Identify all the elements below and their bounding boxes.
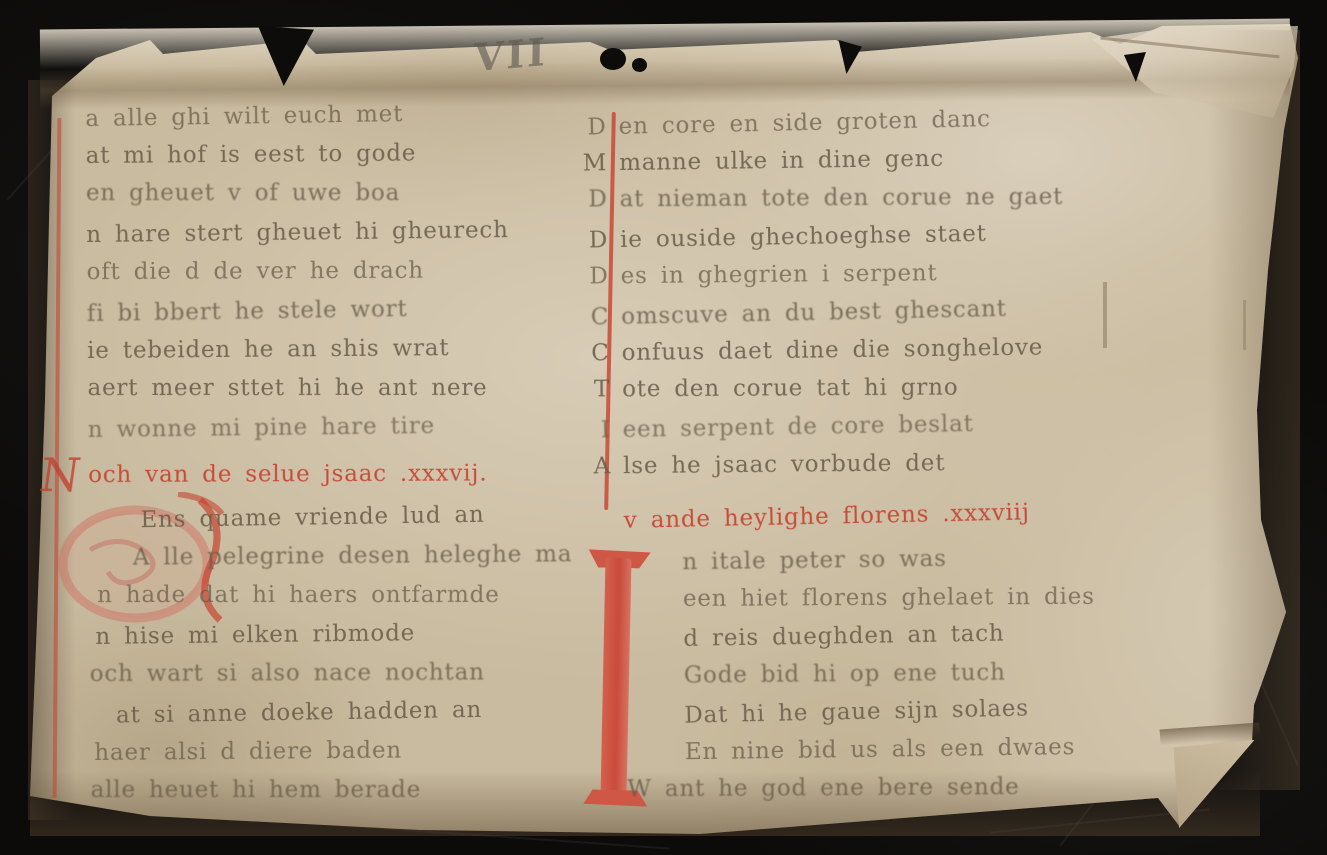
rubric-margin-initial: N	[36, 448, 84, 502]
line-text: En nine bid us als een dwaes	[685, 728, 1076, 771]
manuscript-line: n hise mi elken ribmode	[89, 612, 601, 657]
manuscript-line: n hade dat hi haers ontfarmde	[89, 576, 601, 615]
photo-backdrop: VII N I a alle ghi wilt euch metat mi ho…	[0, 0, 1327, 855]
line-text: n itale peter so was	[682, 540, 947, 581]
manuscript-line: n wonne mi pine hare tire	[88, 405, 600, 450]
line-text: at si anne doeke hadden an	[116, 691, 483, 736]
manuscript-line: Mmanne ulke in dine genc	[581, 137, 1121, 182]
manuscript-line: n hare stert gheuet hi gheurech	[86, 210, 598, 255]
line-text: och wart si also nace nochtan	[90, 653, 485, 694]
rubric-line: och van de selue jsaac .xxxvij.	[88, 454, 600, 495]
line-text: n wonne mi pine hare tire	[88, 407, 436, 450]
manuscript-line: ie tebeiden he an shis wrat	[87, 328, 599, 371]
line-text: n hare stert gheuet hi gheurech	[86, 211, 509, 255]
line-initial: C	[583, 334, 609, 372]
line-text: v ande heylighe florens .xxxviij	[623, 493, 1030, 539]
line-text: W ant he god ene bere sende	[627, 768, 1019, 808]
manuscript-line: Tote den corue tat hi grno	[584, 368, 1124, 409]
line-text: oft die d de ver he drach	[86, 252, 424, 292]
manuscript-line: W ant he god ene bere sende	[589, 768, 1129, 809]
line-text: at mi hof is eest to gode	[86, 134, 417, 176]
line-text: Gode bid hi op ene tuch	[684, 654, 1006, 695]
manuscript-line: oft die d de ver he drach	[86, 251, 598, 292]
line-text: onfuus daet dine die songhelove	[621, 329, 1043, 373]
line-initial: D	[582, 257, 608, 295]
text-column-left: a alle ghi wilt euch metat mi hof is ees…	[85, 94, 603, 812]
line-text: es in ghegrien i serpent	[620, 254, 937, 295]
line-text: een hiet florens ghelaet in dies	[683, 578, 1095, 618]
line-initial: A	[585, 447, 611, 485]
manuscript-line: En nine bid us als een dwaes	[589, 727, 1129, 772]
line-initial: T	[584, 370, 610, 408]
manuscript-line: een hiet florens ghelaet in dies	[587, 578, 1127, 619]
manuscript-line: och wart si also nace nochtan	[90, 653, 602, 694]
line-initial	[646, 657, 672, 695]
line-text: A lle pelegrine desen heleghe ma	[133, 535, 573, 577]
manuscript-line: Confuus daet dine die songhelove	[583, 327, 1123, 372]
line-initial	[644, 543, 670, 581]
line-text: lse he jsaac vorbude det	[623, 444, 946, 485]
line-text: n hise mi elken ribmode	[95, 614, 415, 657]
manuscript-line: A lle pelegrine desen heleghe ma	[89, 535, 601, 578]
line-initial	[645, 620, 672, 658]
manuscript-line: Ens quame vriende lud an	[88, 494, 601, 541]
manuscript-line: aert meer sttet hi he ant nere	[87, 369, 599, 408]
line-text: a alle ghi wilt euch met	[85, 95, 403, 139]
text-column-right: Den core en side groten dancMmanne ulke …	[580, 99, 1129, 810]
line-initial: I	[584, 411, 611, 449]
line-text: een serpent de core beslat	[622, 405, 974, 449]
line-initial	[589, 770, 615, 808]
manuscript-line: fi bi bbert he stele wort	[87, 287, 600, 334]
line-initial	[647, 733, 673, 771]
manuscript-line: at si anne doeke hadden an	[90, 689, 603, 736]
line-text: fi bi bbert he stele wort	[87, 290, 408, 334]
line-text: en gheuet v of uwe boa	[86, 174, 400, 213]
line-text: ote den corue tat hi grno	[622, 368, 958, 408]
line-initial	[645, 580, 671, 618]
line-text: manne ulke in dine genc	[619, 140, 944, 182]
manuscript-line: alle heuet hi hem berade	[91, 771, 603, 810]
line-text: Dat hi he gaue sijn solaes	[684, 689, 1029, 734]
line-initial: D	[582, 180, 608, 218]
manuscript-line: en gheuet v of uwe boa	[86, 174, 598, 213]
manuscript-line: at mi hof is eest to gode	[86, 133, 598, 176]
line-text: ie tebeiden he an shis wrat	[87, 329, 449, 371]
line-initial: D	[582, 221, 609, 259]
line-initial: D	[580, 108, 607, 147]
line-text: alle heuet hi hem berade	[91, 771, 421, 810]
manuscript-line: haer alsi d diere baden	[90, 730, 602, 773]
manuscript-line: n itale peter so was	[586, 537, 1126, 582]
line-text: aert meer sttet hi he ant nere	[87, 369, 487, 408]
rubric-line: v ande heylighe florens .xxxviij	[585, 491, 1126, 540]
line-text: ie ouside ghechoeghse staet	[620, 215, 987, 259]
line-initial	[585, 502, 612, 541]
manuscript-line: Alse he jsaac vorbude det	[585, 443, 1125, 486]
folio-number: VII	[474, 29, 549, 81]
manuscript-line: a alle ghi wilt euch met	[85, 92, 598, 139]
line-initial: M	[581, 144, 607, 182]
line-text: at nieman tote den corue ne gaet	[620, 178, 1064, 218]
line-text: och van de selue jsaac .xxxvij.	[88, 454, 487, 495]
line-text: d reis dueghden an tach	[683, 614, 1005, 657]
line-initial: C	[583, 298, 610, 337]
line-text: n hade dat hi haers ontfarmde	[97, 576, 499, 615]
line-text: Ens quame vriende lud an	[140, 496, 485, 540]
line-initial	[646, 697, 673, 736]
line-text: haer alsi d diere baden	[94, 732, 402, 773]
manuscript-line: Dat nieman tote den corue ne gaet	[582, 178, 1122, 219]
